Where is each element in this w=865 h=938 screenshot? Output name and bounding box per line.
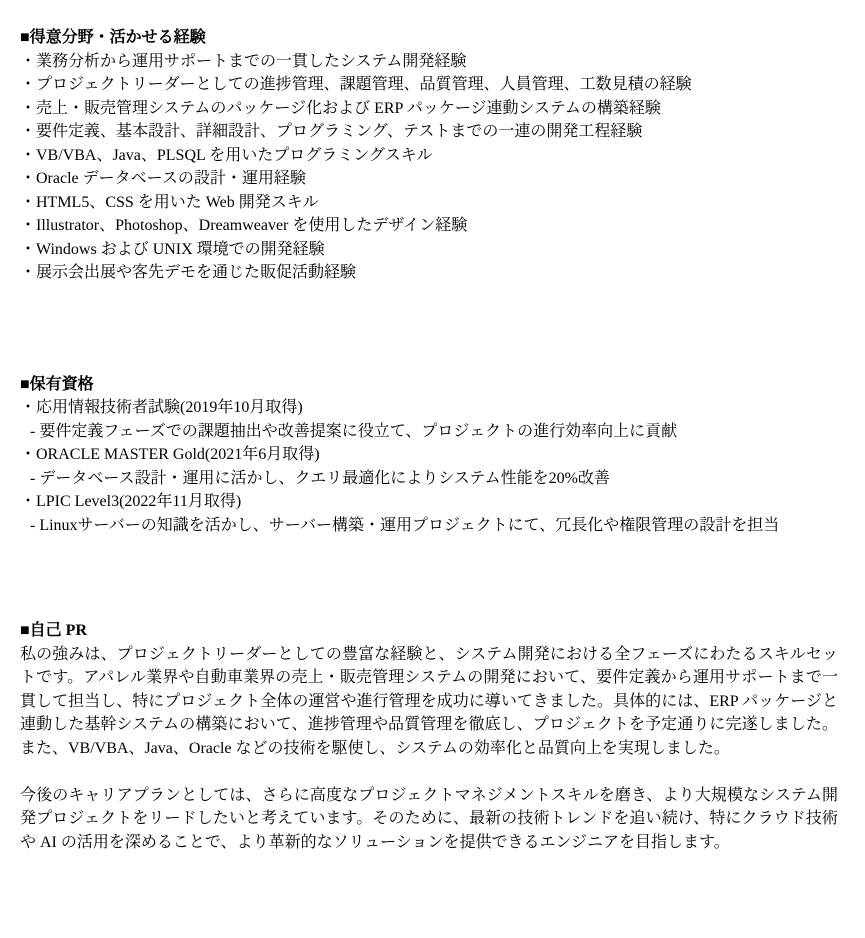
strength-item: ・要件定義、基本設計、詳細設計、プログラミング、テストまでの一連の開発工程経験 bbox=[20, 120, 838, 144]
strength-item: ・Illustrator、Photoshop、Dreamweaver を使用した… bbox=[20, 214, 838, 238]
section-self-pr: ■自己 PR 私の強みは、プロジェクトリーダーとしての豊富な経験と、システム開発… bbox=[20, 619, 838, 854]
strength-item: ・プロジェクトリーダーとしての進捗管理、課題管理、品質管理、人員管理、工数見積の… bbox=[20, 73, 838, 97]
qualification-item: ・応用情報技術者試験(2019年10月取得) bbox=[20, 396, 838, 420]
strength-item: ・Oracle データベースの設計・運用経験 bbox=[20, 167, 838, 191]
strength-item: ・業務分析から運用サポートまでの一貫したシステム開発経験 bbox=[20, 50, 838, 74]
strength-item: ・売上・販売管理システムのパッケージ化および ERP パッケージ連動システムの構… bbox=[20, 97, 838, 121]
section-strengths: ■得意分野・活かせる経験 ・業務分析から運用サポートまでの一貫したシステム開発経… bbox=[20, 26, 838, 285]
self-pr-heading: ■自己 PR bbox=[20, 619, 838, 643]
strength-item: ・展示会出展や客先デモを通じた販促活動経験 bbox=[20, 261, 838, 285]
qualification-detail: - データベース設計・運用に活かし、クエリ最適化によりシステム性能を20%改善 bbox=[20, 467, 838, 491]
qualification-detail: - Linuxサーバーの知識を活かし、サーバー構築・運用プロジェクトにて、冗長化… bbox=[20, 514, 838, 538]
resume-document: ■得意分野・活かせる経験 ・業務分析から運用サポートまでの一貫したシステム開発経… bbox=[0, 0, 865, 938]
qualification-item: ・LPIC Level3(2022年11月取得) bbox=[20, 490, 838, 514]
qualifications-heading: ■保有資格 bbox=[20, 373, 838, 397]
self-pr-paragraph: 今後のキャリアプランとしては、さらに高度なプロジェクトマネジメントスキルを磨き、… bbox=[20, 784, 838, 855]
section-qualifications: ■保有資格 ・応用情報技術者試験(2019年10月取得) - 要件定義フェーズで… bbox=[20, 373, 838, 538]
self-pr-paragraph: 私の強みは、プロジェクトリーダーとしての豊富な経験と、システム開発における全フェ… bbox=[20, 643, 838, 761]
qualification-item: ・ORACLE MASTER Gold(2021年6月取得) bbox=[20, 443, 838, 467]
qualification-detail: - 要件定義フェーズでの課題抽出や改善提案に役立て、プロジェクトの進行効率向上に… bbox=[20, 420, 838, 444]
strength-item: ・HTML5、CSS を用いた Web 開発スキル bbox=[20, 191, 838, 215]
strength-item: ・Windows および UNIX 環境での開発経験 bbox=[20, 238, 838, 262]
strengths-heading: ■得意分野・活かせる経験 bbox=[20, 26, 838, 50]
strength-item: ・VB/VBA、Java、PLSQL を用いたプログラミングスキル bbox=[20, 144, 838, 168]
